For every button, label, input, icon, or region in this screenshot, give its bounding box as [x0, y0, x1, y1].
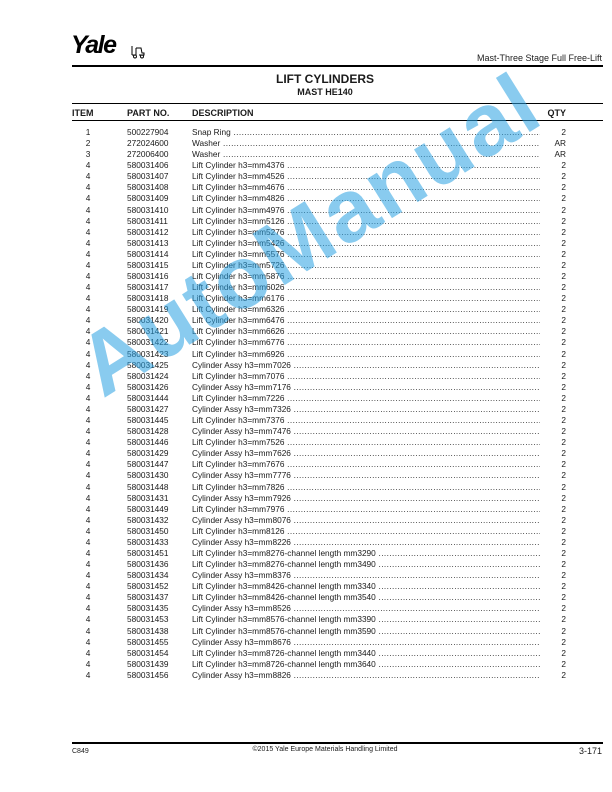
- part-number-cell: 580031419: [127, 304, 169, 315]
- table-row: 4580031450Lift Cylinder h3=mm81262: [0, 526, 612, 537]
- description-cell: Cylinder Assy h3=mm7626: [192, 448, 540, 459]
- item-cell: 4: [82, 426, 94, 437]
- item-cell: 4: [82, 470, 94, 481]
- forklift-icon: [130, 43, 146, 59]
- table-row: 4580031422Lift Cylinder h3=mm67762: [0, 337, 612, 348]
- table-row: 4580031421Lift Cylinder h3=mm66262: [0, 326, 612, 337]
- table-row: 4580031446Lift Cylinder h3=mm75262: [0, 437, 612, 448]
- part-number-cell: 580031428: [127, 426, 169, 437]
- table-row: 4580031411Lift Cylinder h3=mm51262: [0, 216, 612, 227]
- table-row: 4580031425Cylinder Assy h3=mm70262: [0, 360, 612, 371]
- table-row: 4580031435Cylinder Assy h3=mm85262: [0, 603, 612, 614]
- table-row: 4580031448Lift Cylinder h3=mm78262: [0, 482, 612, 493]
- quantity-cell: 2: [561, 160, 566, 171]
- description-cell: Lift Cylinder h3=mm5876: [192, 271, 540, 282]
- item-cell: 4: [82, 570, 94, 581]
- table-row: 4580031454Lift Cylinder h3=mm8726-channe…: [0, 648, 612, 659]
- description-cell: Lift Cylinder h3=mm4526: [192, 171, 540, 182]
- table-row: 4580031449Lift Cylinder h3=mm79762: [0, 504, 612, 515]
- quantity-cell: 2: [561, 182, 566, 193]
- quantity-cell: 2: [561, 659, 566, 670]
- table-row: 4580031453Lift Cylinder h3=mm8576-channe…: [0, 614, 612, 625]
- section-header-title: Mast-Three Stage Full Free-Lift: [477, 53, 602, 63]
- table-row: 4580031415Lift Cylinder h3=mm57262: [0, 260, 612, 271]
- quantity-cell: 2: [561, 193, 566, 204]
- quantity-cell: AR: [554, 138, 566, 149]
- description-cell: Snap Ring: [192, 127, 540, 138]
- item-cell: 4: [82, 404, 94, 415]
- table-row: 4580031424Lift Cylinder h3=mm70762: [0, 371, 612, 382]
- quantity-cell: 2: [561, 371, 566, 382]
- part-number-cell: 580031411: [127, 216, 168, 227]
- quantity-cell: 2: [561, 393, 566, 404]
- description-cell: Cylinder Assy h3=mm8826: [192, 670, 540, 681]
- item-cell: 4: [82, 382, 94, 393]
- description-cell: Cylinder Assy h3=mm7026: [192, 360, 540, 371]
- item-cell: 4: [82, 459, 94, 470]
- item-cell: 4: [82, 171, 94, 182]
- item-cell: 4: [82, 581, 94, 592]
- table-row: 4580031423Lift Cylinder h3=mm69262: [0, 349, 612, 360]
- table-row: 4580031452Lift Cylinder h3=mm8426-channe…: [0, 581, 612, 592]
- quantity-cell: 2: [561, 293, 566, 304]
- description-cell: Cylinder Assy h3=mm8676: [192, 637, 540, 648]
- item-cell: 2: [82, 138, 94, 149]
- quantity-cell: 2: [561, 238, 566, 249]
- description-cell: Lift Cylinder h3=mm5426: [192, 238, 540, 249]
- description-cell: Lift Cylinder h3=mm4826: [192, 193, 540, 204]
- part-number-cell: 580031444: [127, 393, 169, 404]
- description-cell: Lift Cylinder h3=mm7676: [192, 459, 540, 470]
- quantity-cell: 2: [561, 271, 566, 282]
- description-cell: Lift Cylinder h3=mm6776: [192, 337, 540, 348]
- quantity-cell: 2: [561, 216, 566, 227]
- part-number-cell: 580031422: [127, 337, 169, 348]
- description-cell: Lift Cylinder h3=mm8126: [192, 526, 540, 537]
- item-cell: 4: [82, 182, 94, 193]
- table-header-rule: [72, 120, 603, 121]
- quantity-cell: 2: [561, 515, 566, 526]
- part-number-cell: 580031425: [127, 360, 169, 371]
- table-row: 4580031430Cylinder Assy h3=mm77762: [0, 470, 612, 481]
- table-row: 4580031419Lift Cylinder h3=mm63262: [0, 304, 612, 315]
- part-number-cell: 580031433: [127, 537, 169, 548]
- table-row: 4580031420Lift Cylinder h3=mm64762: [0, 315, 612, 326]
- item-cell: 4: [82, 592, 94, 603]
- part-number-cell: 580031434: [127, 570, 169, 581]
- item-cell: 4: [82, 415, 94, 426]
- description-cell: Washer: [192, 138, 540, 149]
- footer-divider: [72, 742, 603, 744]
- part-number-cell: 580031453: [127, 614, 169, 625]
- quantity-cell: 2: [561, 614, 566, 625]
- page-number: 3-171: [579, 746, 602, 756]
- part-number-cell: 580031451: [127, 548, 169, 559]
- part-number-cell: 580031439: [127, 659, 169, 670]
- description-cell: Cylinder Assy h3=mm7326: [192, 404, 540, 415]
- part-number-cell: 580031416: [127, 271, 169, 282]
- part-number-cell: 580031417: [127, 282, 169, 293]
- description-cell: Lift Cylinder h3=mm7976: [192, 504, 540, 515]
- quantity-cell: 2: [561, 548, 566, 559]
- quantity-cell: 2: [561, 504, 566, 515]
- item-cell: 4: [82, 160, 94, 171]
- quantity-cell: 2: [561, 249, 566, 260]
- description-cell: Cylinder Assy h3=mm8376: [192, 570, 540, 581]
- item-cell: 4: [82, 326, 94, 337]
- item-cell: 4: [82, 271, 94, 282]
- quantity-cell: 2: [561, 670, 566, 681]
- part-number-cell: 580031413: [127, 238, 169, 249]
- item-cell: 4: [82, 493, 94, 504]
- table-row: 4580031444Lift Cylinder h3=mm72262: [0, 393, 612, 404]
- description-cell: Cylinder Assy h3=mm7176: [192, 382, 540, 393]
- item-cell: 4: [82, 260, 94, 271]
- table-row: 4580031431Cylinder Assy h3=mm79262: [0, 493, 612, 504]
- parts-table-body: 1500227904Snap Ring22272024600WasherAR32…: [0, 127, 612, 681]
- description-cell: Washer: [192, 149, 540, 160]
- item-cell: 4: [82, 670, 94, 681]
- quantity-cell: 2: [561, 537, 566, 548]
- part-number-cell: 580031435: [127, 603, 169, 614]
- part-number-cell: 580031446: [127, 437, 169, 448]
- quantity-cell: 2: [561, 326, 566, 337]
- item-cell: 4: [82, 603, 94, 614]
- table-row: 4580031429Cylinder Assy h3=mm76262: [0, 448, 612, 459]
- quantity-cell: 2: [561, 581, 566, 592]
- part-number-cell: 580031407: [127, 171, 169, 182]
- table-row: 1500227904Snap Ring2: [0, 127, 612, 138]
- column-header-part-no: PART NO.: [127, 108, 169, 118]
- description-cell: Lift Cylinder h3=mm8276-channel length m…: [192, 548, 540, 559]
- quantity-cell: 2: [561, 526, 566, 537]
- item-cell: 4: [82, 437, 94, 448]
- table-row: 4580031439Lift Cylinder h3=mm8726-channe…: [0, 659, 612, 670]
- part-number-cell: 580031424: [127, 371, 169, 382]
- description-cell: Lift Cylinder h3=mm7376: [192, 415, 540, 426]
- quantity-cell: 2: [561, 382, 566, 393]
- header-divider: [72, 65, 603, 67]
- quantity-cell: 2: [561, 603, 566, 614]
- table-row: 4580031451Lift Cylinder h3=mm8276-channe…: [0, 548, 612, 559]
- description-cell: Lift Cylinder h3=mm7076: [192, 371, 540, 382]
- item-cell: 4: [82, 315, 94, 326]
- table-row: 4580031428Cylinder Assy h3=mm74762: [0, 426, 612, 437]
- description-cell: Cylinder Assy h3=mm7926: [192, 493, 540, 504]
- table-row: 4580031432Cylinder Assy h3=mm80762: [0, 515, 612, 526]
- part-number-cell: 580031410: [127, 205, 169, 216]
- item-cell: 4: [82, 349, 94, 360]
- item-cell: 4: [82, 537, 94, 548]
- description-cell: Lift Cylinder h3=mm4376: [192, 160, 540, 171]
- item-cell: 3: [82, 149, 94, 160]
- description-cell: Lift Cylinder h3=mm8576-channel length m…: [192, 626, 540, 637]
- item-cell: 4: [82, 360, 94, 371]
- item-cell: 4: [82, 227, 94, 238]
- part-number-cell: 580031455: [127, 637, 169, 648]
- quantity-cell: 2: [561, 404, 566, 415]
- part-number-cell: 580031448: [127, 482, 169, 493]
- description-cell: Lift Cylinder h3=mm4976: [192, 205, 540, 216]
- part-number-cell: 580031429: [127, 448, 169, 459]
- quantity-cell: 2: [561, 592, 566, 603]
- item-cell: 4: [82, 249, 94, 260]
- description-cell: Lift Cylinder h3=mm4676: [192, 182, 540, 193]
- part-number-cell: 580031406: [127, 160, 169, 171]
- item-cell: 4: [82, 626, 94, 637]
- quantity-cell: 2: [561, 559, 566, 570]
- table-row: 4580031410Lift Cylinder h3=mm49762: [0, 205, 612, 216]
- description-cell: Cylinder Assy h3=mm8526: [192, 603, 540, 614]
- part-number-cell: 580031412: [127, 227, 169, 238]
- table-row: 4580031433Cylinder Assy h3=mm82262: [0, 537, 612, 548]
- description-cell: Lift Cylinder h3=mm7526: [192, 437, 540, 448]
- description-cell: Cylinder Assy h3=mm8226: [192, 537, 540, 548]
- quantity-cell: 2: [561, 127, 566, 138]
- table-row: 4580031427Cylinder Assy h3=mm73262: [0, 404, 612, 415]
- item-cell: 4: [82, 293, 94, 304]
- description-cell: Cylinder Assy h3=mm7476: [192, 426, 540, 437]
- table-row: 4580031408Lift Cylinder h3=mm46762: [0, 182, 612, 193]
- part-number-cell: 580031450: [127, 526, 169, 537]
- item-cell: 4: [82, 515, 94, 526]
- table-row: 3272006400WasherAR: [0, 149, 612, 160]
- part-number-cell: 580031454: [127, 648, 169, 659]
- table-row: 4580031417Lift Cylinder h3=mm60262: [0, 282, 612, 293]
- description-cell: Lift Cylinder h3=mm8576-channel length m…: [192, 614, 540, 625]
- description-cell: Lift Cylinder h3=mm6026: [192, 282, 540, 293]
- table-row: 4580031436Lift Cylinder h3=mm8276-channe…: [0, 559, 612, 570]
- quantity-cell: 2: [561, 227, 566, 238]
- column-header-item: ITEM: [72, 108, 94, 118]
- table-row: 2272024600WasherAR: [0, 138, 612, 149]
- part-number-cell: 580031426: [127, 382, 169, 393]
- part-number-cell: 580031430: [127, 470, 169, 481]
- item-cell: 4: [82, 304, 94, 315]
- item-cell: 4: [82, 659, 94, 670]
- table-row: 4580031455Cylinder Assy h3=mm86762: [0, 637, 612, 648]
- part-number-cell: 580031456: [127, 670, 169, 681]
- description-cell: Lift Cylinder h3=mm5576: [192, 249, 540, 260]
- part-number-cell: 580031431: [127, 493, 169, 504]
- item-cell: 4: [82, 393, 94, 404]
- quantity-cell: 2: [561, 448, 566, 459]
- table-row: 4580031416Lift Cylinder h3=mm58762: [0, 271, 612, 282]
- part-number-cell: 580031415: [127, 260, 169, 271]
- description-cell: Cylinder Assy h3=mm8076: [192, 515, 540, 526]
- quantity-cell: 2: [561, 205, 566, 216]
- table-row: 4580031447Lift Cylinder h3=mm76762: [0, 459, 612, 470]
- quantity-cell: 2: [561, 637, 566, 648]
- description-cell: Lift Cylinder h3=mm6626: [192, 326, 540, 337]
- part-number-cell: 580031449: [127, 504, 169, 515]
- part-number-cell: 580031452: [127, 581, 169, 592]
- item-cell: 4: [82, 648, 94, 659]
- table-row: 4580031445Lift Cylinder h3=mm73762: [0, 415, 612, 426]
- item-cell: 4: [82, 504, 94, 515]
- item-cell: 4: [82, 371, 94, 382]
- description-cell: Lift Cylinder h3=mm8276-channel length m…: [192, 559, 540, 570]
- description-cell: Lift Cylinder h3=mm7826: [192, 482, 540, 493]
- part-number-cell: 580031432: [127, 515, 169, 526]
- page-title: LIFT CYLINDERS: [0, 72, 612, 86]
- item-cell: 4: [82, 526, 94, 537]
- part-number-cell: 580031436: [127, 559, 169, 570]
- description-cell: Cylinder Assy h3=mm7776: [192, 470, 540, 481]
- copyright-notice: ©2015 Yale Europe Materials Handling Lim…: [0, 746, 612, 753]
- table-row: 4580031438Lift Cylinder h3=mm8576-channe…: [0, 626, 612, 637]
- part-number-cell: 272006400: [127, 149, 169, 160]
- item-cell: 4: [82, 614, 94, 625]
- table-row: 4580031412Lift Cylinder h3=mm52762: [0, 227, 612, 238]
- description-cell: Lift Cylinder h3=mm6926: [192, 349, 540, 360]
- part-number-cell: 580031421: [127, 326, 169, 337]
- item-cell: 4: [82, 637, 94, 648]
- item-cell: 4: [82, 238, 94, 249]
- quantity-cell: 2: [561, 360, 566, 371]
- part-number-cell: 580031438: [127, 626, 169, 637]
- description-cell: Lift Cylinder h3=mm5276: [192, 227, 540, 238]
- table-row: 4580031413Lift Cylinder h3=mm54262: [0, 238, 612, 249]
- quantity-cell: AR: [554, 149, 566, 160]
- quantity-cell: 2: [561, 337, 566, 348]
- quantity-cell: 2: [561, 282, 566, 293]
- column-header-qty: QTY: [547, 108, 566, 118]
- quantity-cell: 2: [561, 470, 566, 481]
- item-cell: 4: [82, 216, 94, 227]
- yale-logo: Yale: [71, 33, 116, 58]
- table-row: 4580031406Lift Cylinder h3=mm43762: [0, 160, 612, 171]
- quantity-cell: 2: [561, 260, 566, 271]
- quantity-cell: 2: [561, 415, 566, 426]
- part-number-cell: 500227904: [127, 127, 169, 138]
- quantity-cell: 2: [561, 426, 566, 437]
- column-header-description: DESCRIPTION: [192, 108, 254, 118]
- quantity-cell: 2: [561, 482, 566, 493]
- part-number-cell: 580031423: [127, 349, 169, 360]
- item-cell: 4: [82, 337, 94, 348]
- part-number-cell: 580031427: [127, 404, 169, 415]
- item-cell: 4: [82, 548, 94, 559]
- table-row: 4580031414Lift Cylinder h3=mm55762: [0, 249, 612, 260]
- description-cell: Lift Cylinder h3=mm6476: [192, 315, 540, 326]
- quantity-cell: 2: [561, 459, 566, 470]
- item-cell: 1: [82, 127, 94, 138]
- item-cell: 4: [82, 482, 94, 493]
- description-cell: Lift Cylinder h3=mm5726: [192, 260, 540, 271]
- part-number-cell: 580031445: [127, 415, 169, 426]
- quantity-cell: 2: [561, 437, 566, 448]
- table-row: 4580031409Lift Cylinder h3=mm48262: [0, 193, 612, 204]
- part-number-cell: 580031418: [127, 293, 169, 304]
- part-number-cell: 580031408: [127, 182, 169, 193]
- table-row: 4580031418Lift Cylinder h3=mm61762: [0, 293, 612, 304]
- page-subtitle: MAST HE140: [0, 87, 612, 97]
- quantity-cell: 2: [561, 493, 566, 504]
- quantity-cell: 2: [561, 626, 566, 637]
- description-cell: Lift Cylinder h3=mm8426-channel length m…: [192, 581, 540, 592]
- part-number-cell: 580031414: [127, 249, 169, 260]
- description-cell: Lift Cylinder h3=mm8426-channel length m…: [192, 592, 540, 603]
- table-row: 4580031456Cylinder Assy h3=mm88262: [0, 670, 612, 681]
- description-cell: Lift Cylinder h3=mm5126: [192, 216, 540, 227]
- quantity-cell: 2: [561, 349, 566, 360]
- table-row: 4580031434Cylinder Assy h3=mm83762: [0, 570, 612, 581]
- description-cell: Lift Cylinder h3=mm6176: [192, 293, 540, 304]
- part-number-cell: 580031447: [127, 459, 169, 470]
- item-cell: 4: [82, 193, 94, 204]
- quantity-cell: 2: [561, 315, 566, 326]
- part-number-cell: 580031437: [127, 592, 169, 603]
- table-row: 4580031407Lift Cylinder h3=mm45262: [0, 171, 612, 182]
- item-cell: 4: [82, 205, 94, 216]
- quantity-cell: 2: [561, 570, 566, 581]
- quantity-cell: 2: [561, 648, 566, 659]
- part-number-cell: 580031420: [127, 315, 169, 326]
- table-top-rule: [72, 103, 603, 104]
- description-cell: Lift Cylinder h3=mm8726-channel length m…: [192, 648, 540, 659]
- quantity-cell: 2: [561, 171, 566, 182]
- part-number-cell: 580031409: [127, 193, 169, 204]
- description-cell: Lift Cylinder h3=mm8726-channel length m…: [192, 659, 540, 670]
- item-cell: 4: [82, 282, 94, 293]
- item-cell: 4: [82, 559, 94, 570]
- table-row: 4580031437Lift Cylinder h3=mm8426-channe…: [0, 592, 612, 603]
- part-number-cell: 272024600: [127, 138, 169, 149]
- table-row: 4580031426Cylinder Assy h3=mm71762: [0, 382, 612, 393]
- quantity-cell: 2: [561, 304, 566, 315]
- description-cell: Lift Cylinder h3=mm6326: [192, 304, 540, 315]
- item-cell: 4: [82, 448, 94, 459]
- description-cell: Lift Cylinder h3=mm7226: [192, 393, 540, 404]
